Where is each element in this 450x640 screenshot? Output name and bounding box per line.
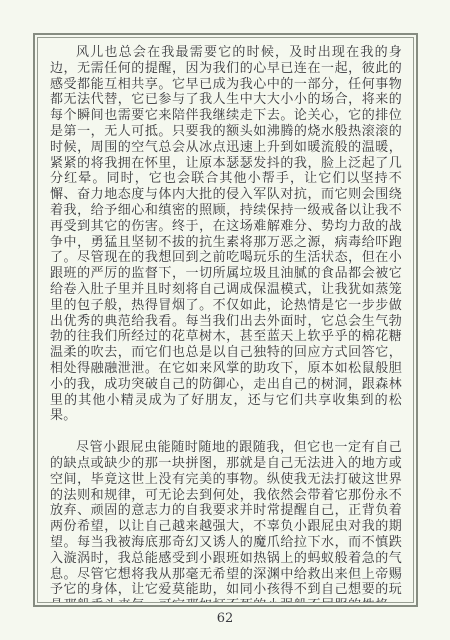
- page-border-frame: 风儿也总会在我最需要它的时候，及时出现在我的身边，无需任何的提醒，因为我们的心早…: [33, 33, 418, 607]
- book-page: { "document": { "paragraphs": [ "风儿也总会在我…: [0, 0, 450, 640]
- paragraph-2: 尽管小跟屁虫能随时随地的跟随我，但它也一定有自己的缺点或缺少的那一块拼图，那就是…: [50, 440, 402, 603]
- page-text-body: 风儿也总会在我最需要它的时候，及时出现在我的身边，无需任何的提醒，因为我们的心早…: [50, 45, 402, 603]
- page-number: 62: [0, 611, 450, 626]
- paragraph-1: 风儿也总会在我最需要它的时候，及时出现在我的身边，无需任何的提醒，因为我们的心早…: [50, 45, 402, 424]
- page-inner-border: 风儿也总会在我最需要它的时候，及时出现在我的身边，无需任何的提醒，因为我们的心早…: [37, 37, 414, 603]
